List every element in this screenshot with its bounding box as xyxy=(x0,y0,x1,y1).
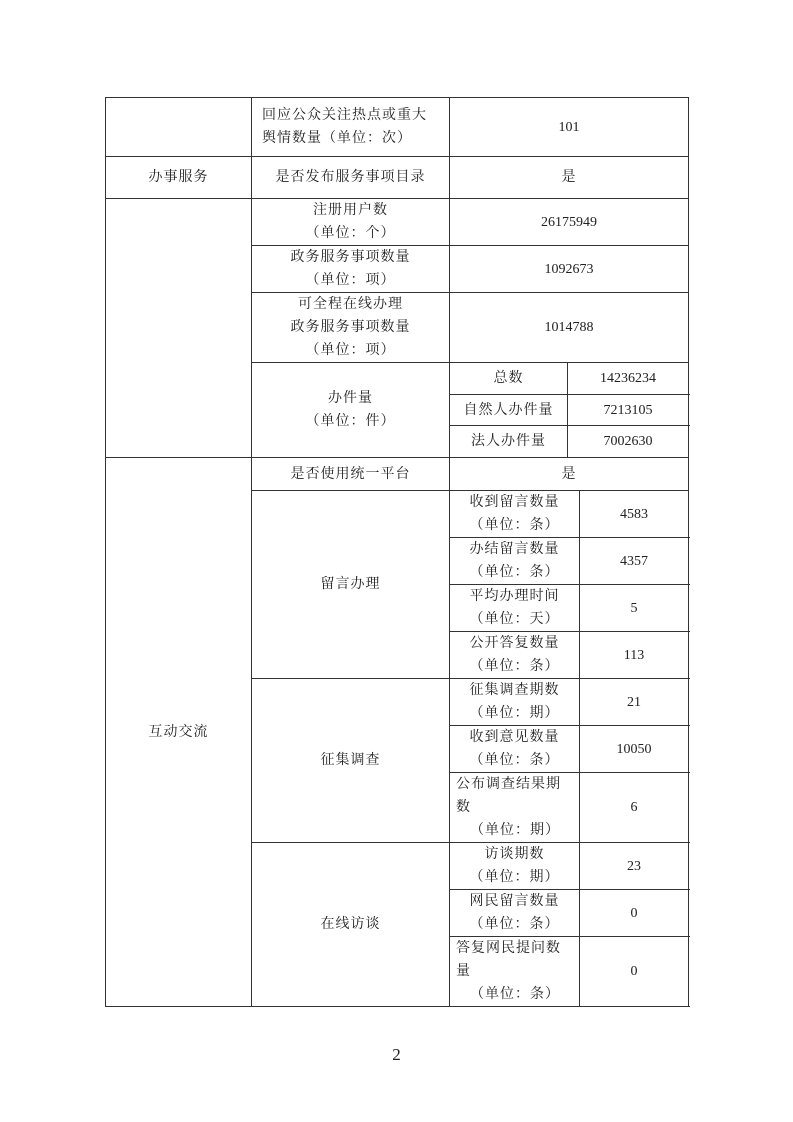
group-cell: 征集调查 xyxy=(252,679,450,843)
sub-value-cell: 23 xyxy=(580,843,689,890)
table-row: 办事服务 是否发布服务事项目录 是 xyxy=(106,157,689,199)
group-cell: 留言办理 xyxy=(252,491,450,679)
sub-label-cell: 访谈期数 （单位：期） xyxy=(450,843,580,890)
sub-label-cell: 法人办件量 xyxy=(450,426,568,458)
value-cell: 1014788 xyxy=(450,293,689,363)
table-row: 回应公众关注热点或重大 舆情数量（单位：次） 101 xyxy=(106,98,689,157)
label-cell: 注册用户数 （单位：个） xyxy=(252,199,450,246)
sub-value-cell: 7002630 xyxy=(568,426,689,458)
sub-label-cell: 总数 xyxy=(450,363,568,395)
value-cell: 26175949 xyxy=(450,199,689,246)
label-cell: 是否使用统一平台 xyxy=(252,458,450,491)
sub-value-cell: 0 xyxy=(580,937,689,1007)
sub-label-cell: 自然人办件量 xyxy=(450,395,568,426)
sub-value-cell: 21 xyxy=(580,679,689,726)
table-row: 互动交流 是否使用统一平台 是 xyxy=(106,458,689,491)
sub-label-cell: 公布调查结果期 数 （单位：期） xyxy=(450,773,580,843)
document-page: 回应公众关注热点或重大 舆情数量（单位：次） 101 办事服务 是否发布服务事项… xyxy=(0,0,793,1122)
sub-label-cell: 收到意见数量 （单位：条） xyxy=(450,726,580,773)
sub-value-cell: 113 xyxy=(580,632,689,679)
value-cell: 1092673 xyxy=(450,246,689,293)
value-cell: 是 xyxy=(450,157,689,199)
sub-label-cell: 公开答复数量 （单位：条） xyxy=(450,632,580,679)
sub-value-cell: 6 xyxy=(580,773,689,843)
label-cell: 政务服务事项数量 （单位：项） xyxy=(252,246,450,293)
sub-value-cell: 5 xyxy=(580,585,689,632)
value-cell: 是 xyxy=(450,458,689,491)
sub-value-cell: 4357 xyxy=(580,538,689,585)
sub-label-cell: 平均办理时间 （单位：天） xyxy=(450,585,580,632)
category-cell-service: 办事服务 xyxy=(106,157,252,199)
value-cell: 101 xyxy=(450,98,689,157)
label-cell: 可全程在线办理 政务服务事项数量 （单位：项） xyxy=(252,293,450,363)
table-row: 注册用户数 （单位：个） 26175949 xyxy=(106,199,689,246)
volume-label-cell: 办件量 （单位：件） xyxy=(252,363,450,458)
sub-label-cell: 征集调查期数 （单位：期） xyxy=(450,679,580,726)
category-cell-empty xyxy=(106,199,252,458)
sub-label-cell: 办结留言数量 （单位：条） xyxy=(450,538,580,585)
group-cell: 在线访谈 xyxy=(252,843,450,1007)
page-number: 2 xyxy=(0,1045,793,1065)
category-cell xyxy=(106,98,252,157)
sub-value-cell: 0 xyxy=(580,890,689,937)
sub-value-cell: 4583 xyxy=(580,491,689,538)
label-cell: 是否发布服务事项目录 xyxy=(252,157,450,199)
statistics-table: 回应公众关注热点或重大 舆情数量（单位：次） 101 办事服务 是否发布服务事项… xyxy=(105,97,689,1007)
sub-value-cell: 7213105 xyxy=(568,395,689,426)
label-cell: 回应公众关注热点或重大 舆情数量（单位：次） xyxy=(252,98,450,157)
sub-label-cell: 答复网民提问数 量 （单位：条） xyxy=(450,937,580,1007)
category-cell-interaction: 互动交流 xyxy=(106,458,252,1007)
sub-value-cell: 14236234 xyxy=(568,363,689,395)
sub-value-cell: 10050 xyxy=(580,726,689,773)
sub-label-cell: 网民留言数量 （单位：条） xyxy=(450,890,580,937)
sub-label-cell: 收到留言数量 （单位：条） xyxy=(450,491,580,538)
